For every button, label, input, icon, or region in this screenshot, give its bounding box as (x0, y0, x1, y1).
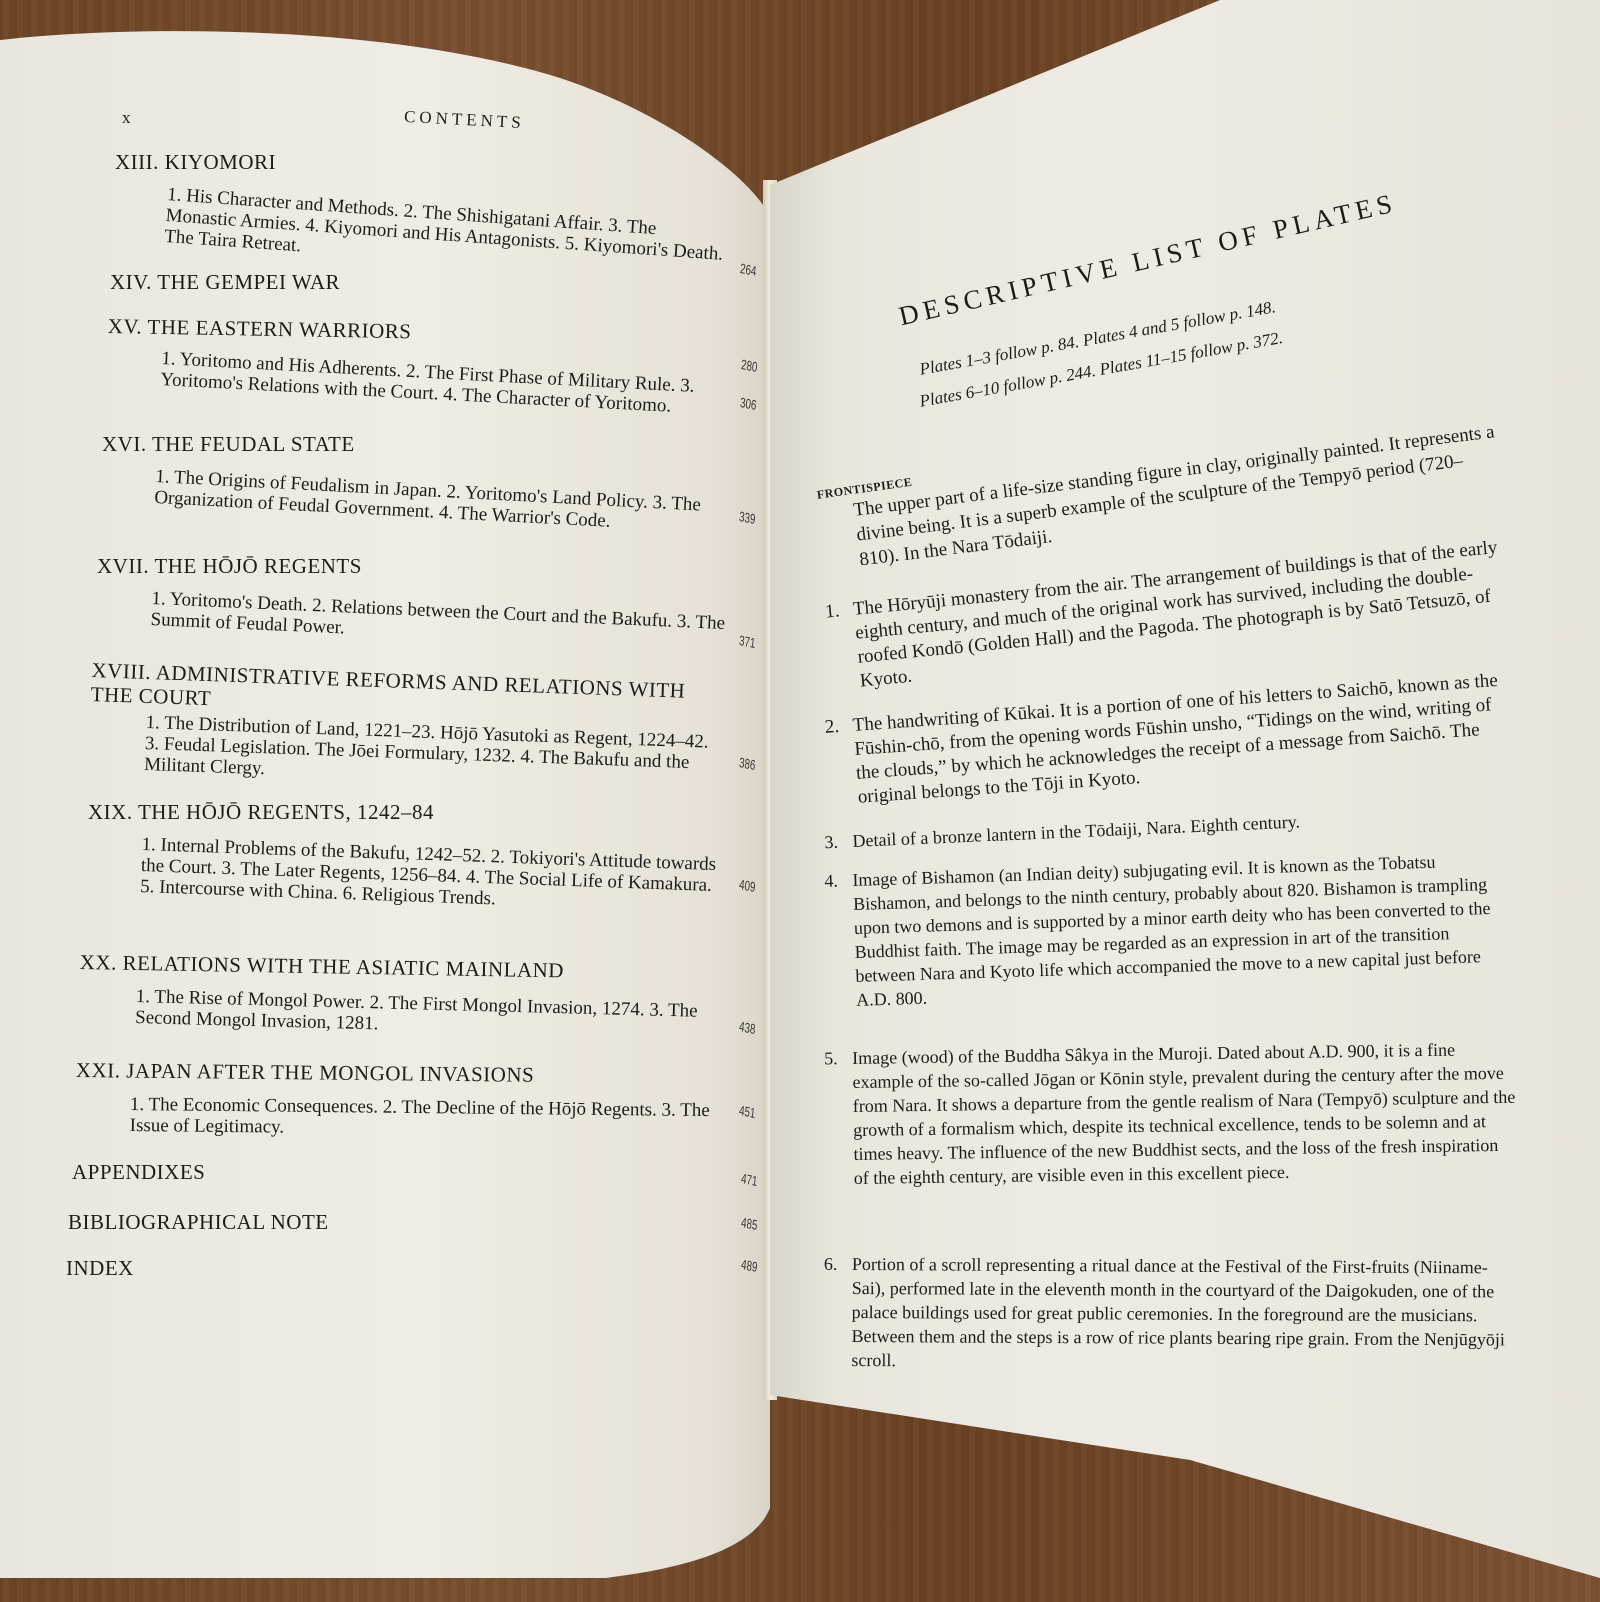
chapter-heading: XVI. THE FEUDAL STATE (102, 432, 355, 457)
plate-item: 4. Image of Bishamon (an Indian deity) s… (852, 847, 1514, 1012)
plate-item: 6. Portion of a scroll representing a ri… (851, 1252, 1520, 1375)
plate-item: 3. Detail of a bronze lantern in the Tōd… (852, 802, 1502, 853)
plate-number: 4. (824, 868, 838, 892)
chapter-numeral: XIV. (110, 270, 152, 294)
back-matter-page-number: 489 (740, 1256, 758, 1275)
plate-number: 3. (824, 831, 838, 855)
chapter-title: THE FEUDAL STATE (152, 432, 355, 456)
plates-title: DESCRIPTIVE LIST OF PLATES (896, 187, 1400, 332)
chapter-sections: 1. Internal Problems of the Bakufu, 1242… (140, 834, 727, 917)
back-matter-page-number: 471 (740, 1170, 758, 1189)
chapter-page-number: 386 (738, 754, 756, 773)
running-head-title: CONTENTS (404, 107, 526, 133)
chapter-page-number: 438 (738, 1018, 756, 1037)
plate-number: 6. (824, 1252, 838, 1276)
plate-number: 2. (824, 715, 840, 740)
chapter-title: THE HŌJŌ REGENTS (154, 554, 362, 578)
chapter-numeral: XVIII. (91, 658, 151, 684)
plate-item: 2. The handwriting of Kūkai. It is a por… (852, 669, 1507, 810)
chapter-heading: XXI. JAPAN AFTER THE MONGOL INVASIONS (76, 1058, 535, 1088)
chapter-sections: 1. Yoritomo's Death. 2. Relations betwee… (150, 588, 726, 655)
plate-description: Image (wood) of the Buddha Sâkya in the … (852, 1040, 1515, 1188)
plate-description: Detail of a bronze lantern in the Tōdaij… (852, 811, 1300, 851)
chapter-numeral: XVII. (97, 554, 149, 578)
chapter-sections: 1. The Origins of Feudalism in Japan. 2.… (154, 466, 725, 538)
chapter-title: ADMINISTRATIVE REFORMS AND RELATIONS WIT… (90, 660, 685, 710)
chapter-page-number: 409 (738, 876, 756, 895)
running-head-page-number: x (122, 108, 132, 128)
chapter-numeral: XIII. (115, 150, 159, 174)
plate-description: Image of Bishamon (an Indian deity) subj… (852, 852, 1491, 1010)
plate-item: 5. Image (wood) of the Buddha Sâkya in t… (852, 1037, 1518, 1190)
chapter-title: KIYOMORI (165, 150, 276, 174)
chapter-page-number: 371 (738, 632, 756, 651)
chapter-heading: XIX. THE HŌJŌ REGENTS, 1242–84 (88, 800, 434, 825)
chapter-numeral: XVI. (102, 432, 147, 456)
chapter-sections: 1. The Economic Consequences. 2. The Dec… (130, 1094, 725, 1142)
chapter-page-number: 280 (740, 356, 758, 375)
chapter-heading: XIV. THE GEMPEI WAR (110, 270, 340, 295)
chapter-numeral: XXI. (76, 1058, 121, 1082)
chapter-title: RELATIONS WITH THE ASIATIC MAINLAND (122, 951, 564, 983)
chapter-sections: 1. Yoritomo and His Adherents. 2. The Fi… (160, 348, 726, 420)
plate-number: 5. (824, 1046, 838, 1070)
back-matter-page-number: 485 (740, 1214, 758, 1233)
left-page-contents: x CONTENTS XIII. KIYOMORI 1. His Charact… (0, 28, 770, 1578)
chapter-numeral: XV. (108, 314, 143, 339)
chapter-page-number: 451 (738, 1102, 756, 1121)
chapter-title: JAPAN AFTER THE MONGOL INVASIONS (126, 1059, 534, 1087)
chapter-title: THE HŌJŌ REGENTS, 1242–84 (138, 800, 434, 824)
plate-description: The handwriting of Kūkai. It is a portio… (852, 670, 1498, 808)
chapter-page-number: 339 (738, 508, 756, 527)
chapter-heading: XX. RELATIONS WITH THE ASIATIC MAINLAND (80, 950, 565, 983)
plate-description: Portion of a scroll representing a ritua… (851, 1254, 1505, 1370)
plate-number: 1. (824, 599, 840, 624)
back-matter-appendixes: APPENDIXES (72, 1160, 205, 1185)
right-page-plates: DESCRIPTIVE LIST OF PLATES Plates 1–3 fo… (770, 0, 1600, 1602)
chapter-page-number: 264 (739, 260, 757, 279)
back-matter-index: INDEX (66, 1256, 134, 1281)
chapter-title: THE EASTERN WARRIORS (147, 315, 411, 344)
chapter-title: THE GEMPEI WAR (157, 270, 340, 294)
back-matter-bibliographical-note: BIBLIOGRAPHICAL NOTE (68, 1210, 329, 1235)
chapter-numeral: XX. (80, 950, 118, 975)
chapter-sections: 1. The Rise of Mongol Power. 2. The Firs… (135, 986, 726, 1043)
chapter-heading: XV. THE EASTERN WARRIORS (108, 314, 412, 344)
chapter-heading: XVII. THE HŌJŌ REGENTS (97, 554, 362, 579)
chapter-heading: XIII. KIYOMORI (115, 150, 276, 175)
chapter-numeral: XIX. (88, 800, 133, 824)
chapter-page-number: 306 (739, 394, 757, 413)
